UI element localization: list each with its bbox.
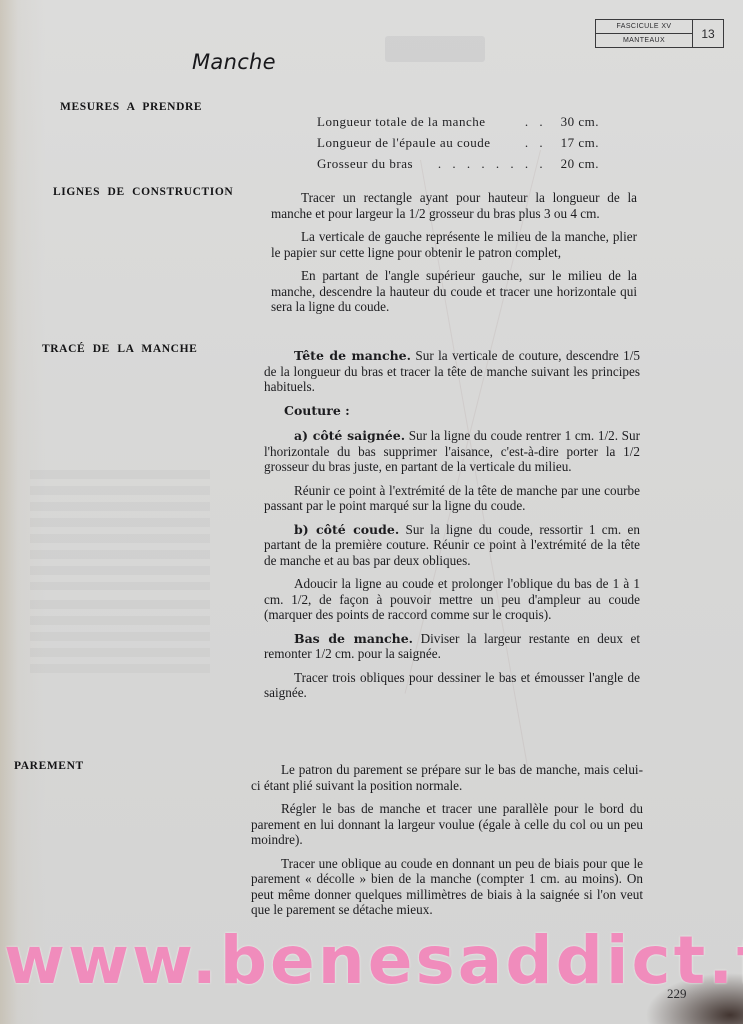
paragraph-cote-coude: b) côté coude. Sur la ligne du coude, re… bbox=[264, 522, 640, 569]
fascicule-label: FASCICULE XV bbox=[596, 20, 692, 33]
lignes-text: Tracer un rectangle ayant pour hauteur l… bbox=[271, 190, 637, 323]
paragraph: Tracer un rectangle ayant pour hauteur l… bbox=[271, 190, 637, 221]
section-label-lignes: LIGNES DE CONSTRUCTION bbox=[53, 186, 233, 198]
paragraph: Régler le bas de manche et tracer une pa… bbox=[251, 801, 643, 848]
measurement-value: 30 cm. bbox=[561, 111, 599, 132]
subheading-couture: Couture : bbox=[284, 403, 640, 419]
fascicule-header: FASCICULE XV MANTEAUX 13 bbox=[595, 19, 724, 48]
measurement-leader-dots: . . . . . . . . bbox=[413, 153, 561, 174]
category-label: MANTEAUX bbox=[596, 33, 692, 47]
measurements-list: Longueur totale de la manche . . 30 cm. … bbox=[317, 111, 599, 174]
measurement-value: 20 cm. bbox=[561, 153, 599, 174]
page-title: Manche bbox=[192, 50, 276, 74]
measurement-leader-dots: . . bbox=[486, 111, 561, 132]
paragraph: Tracer trois obliques pour dessiner le b… bbox=[264, 670, 640, 701]
parement-text: Le patron du parement se prépare sur le … bbox=[251, 762, 643, 926]
paragraph: Adoucir la ligne au coude et prolonger l… bbox=[264, 576, 640, 623]
bleed-through-title bbox=[385, 36, 485, 62]
bold-lead: Tête de manche. bbox=[294, 348, 411, 363]
paragraph: En partant de l'angle supérieur gauche, … bbox=[271, 268, 637, 315]
section-label-parement: PAREMENT bbox=[14, 760, 84, 772]
bold-lead: b) côté coude. bbox=[294, 522, 399, 537]
paragraph: La verticale de gauche représente le mil… bbox=[271, 229, 637, 260]
bold-lead: a) côté saignée. bbox=[294, 428, 405, 443]
paragraph: Réunir ce point à l'extrémité de la tête… bbox=[264, 483, 640, 514]
section-label-mesures: MESURES A PRENDRE bbox=[60, 101, 202, 113]
measurement-row: Longueur de l'épaule au coude . . 17 cm. bbox=[317, 132, 599, 153]
bold-lead: Bas de manche. bbox=[294, 631, 413, 646]
trace-text: Tête de manche. Sur la verticale de cout… bbox=[264, 348, 640, 709]
bleed-through-text bbox=[30, 470, 210, 590]
paragraph-cote-saignee: a) côté saignée. Sur la ligne du coude r… bbox=[264, 428, 640, 475]
measurement-label: Longueur de l'épaule au coude bbox=[317, 132, 491, 153]
book-page: FASCICULE XV MANTEAUX 13 Manche MESURES … bbox=[0, 0, 743, 1024]
measurement-value: 17 cm. bbox=[561, 132, 599, 153]
paragraph-tete-de-manche: Tête de manche. Sur la verticale de cout… bbox=[264, 348, 640, 395]
paragraph: Le patron du parement se prépare sur le … bbox=[251, 762, 643, 793]
measurement-label: Longueur totale de la manche bbox=[317, 111, 486, 132]
measurement-leader-dots: . . bbox=[491, 132, 561, 153]
measurement-row: Longueur totale de la manche . . 30 cm. bbox=[317, 111, 599, 132]
fascicule-labels: FASCICULE XV MANTEAUX bbox=[596, 20, 693, 47]
measurement-row: Grosseur du bras . . . . . . . . 20 cm. bbox=[317, 153, 599, 174]
paragraph: Tracer une oblique au coude en donnant u… bbox=[251, 856, 643, 918]
paragraph-bas-de-manche: Bas de manche. Diviser la largeur restan… bbox=[264, 631, 640, 662]
fascicule-number: 13 bbox=[693, 20, 723, 47]
bleed-through-text bbox=[30, 600, 210, 680]
watermark-url: www.benesaddict.fr bbox=[4, 922, 739, 999]
measurement-label: Grosseur du bras bbox=[317, 153, 413, 174]
section-label-trace: TRACÉ DE LA MANCHE bbox=[42, 343, 197, 355]
